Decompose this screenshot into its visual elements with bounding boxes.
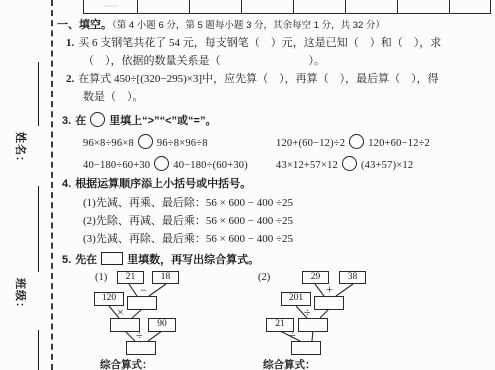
score-cell xyxy=(294,0,346,13)
diagram-1-operator: × xyxy=(117,306,124,318)
diagram-2-value-box: 29 xyxy=(302,271,329,284)
question-3-header: 3.在里填上“>”“<”或“=”。 xyxy=(62,112,216,128)
section-title: 填空。 xyxy=(79,19,112,31)
question-4-item: (2)先除、再减、最后乘：56 × 600 − 400 ÷25 xyxy=(83,215,293,228)
question-3-title-suffix: 里填上“>”“<”或“=”。 xyxy=(109,115,216,127)
compare-right-expr: (43+57)×12 xyxy=(361,160,413,171)
score-cell xyxy=(190,0,242,13)
compare-left-expr: 120+(60−12)÷2 xyxy=(276,138,345,149)
question-3-title-prefix: 在 xyxy=(75,115,86,127)
writing-line-top xyxy=(38,62,39,126)
question-5-header: 5.先在里填数，再写出综合算式。 xyxy=(62,252,259,267)
score-cell xyxy=(450,0,491,13)
score-table-strip: ⋯⋯ xyxy=(83,0,491,14)
section-header: 一、填空。（第 4 小题 6 分，第 5 题每小题 3 分，其余每空 1 分，共… xyxy=(57,19,385,32)
compare-right-expr: 120+60−12÷2 xyxy=(368,138,430,149)
question-2-line-2: 数是（ ）。 xyxy=(83,91,144,104)
question-1-line-2: （ ），依据的数量关系是（ ）。 xyxy=(83,55,325,68)
diagram-2-value-box: 38 xyxy=(339,271,366,284)
diagram-2-operator: ÷ xyxy=(289,329,296,341)
compare-right-expr: 96÷8×96÷8 xyxy=(157,138,208,149)
question-1-line-1: 1.买 6 支钢笔共花了 54 元，每支钢笔（ ）元，这是已知（ ）和（ ），求 xyxy=(66,37,441,50)
score-cell xyxy=(346,0,398,13)
question-3-number: 3. xyxy=(62,115,71,127)
compare-left-expr: 43×12+57×12 xyxy=(276,160,338,171)
diagram-2-label: (2) xyxy=(258,272,270,283)
writing-line-class xyxy=(38,330,39,370)
name-label: 姓名： xyxy=(13,130,29,170)
score-cell xyxy=(242,0,294,13)
diagram-2-result-box xyxy=(291,341,321,355)
diagram-1-value-box: 90 xyxy=(148,318,176,332)
compare-pair: 96×8÷96×896÷8×96÷8 xyxy=(83,134,208,150)
diagram-1-result-box xyxy=(126,341,156,355)
diagram-1-value-box: 18 xyxy=(152,271,179,284)
diagram-2-empty-box xyxy=(314,296,344,310)
diagram-2-caption: 综合算式： xyxy=(263,357,316,370)
writing-line-name xyxy=(38,186,39,272)
compare-left-expr: 96×8÷96×8 xyxy=(83,138,134,149)
diagram-1-operator: ÷ xyxy=(136,329,143,341)
compare-circle-icon xyxy=(90,112,105,127)
question-4-item-text: (1)先减、再乘、最后除：56 × 600 − 400 ÷25 xyxy=(83,197,293,209)
question-4-header: 4.根据运算顺序添上小括号或中括号。 xyxy=(62,178,251,191)
question-1-text-cont: （ ），依据的数量关系是（ ）。 xyxy=(83,55,325,67)
compare-circle-icon xyxy=(138,134,153,149)
compare-pair: 43×12+57×12(43+57)×12 xyxy=(276,156,413,172)
score-cell xyxy=(138,0,190,13)
question-4-number: 4. xyxy=(62,178,71,190)
question-1-number: 1. xyxy=(66,37,74,49)
question-5-number: 5. xyxy=(62,254,71,266)
question-1-text: 买 6 支钢笔共花了 54 元，每支钢笔（ ）元，这是已知（ ）和（ ），求 xyxy=(78,37,441,49)
compare-circle-icon xyxy=(154,156,169,171)
question-5-title-prefix: 先在 xyxy=(75,254,97,266)
question-4-title: 根据运算顺序添上小括号或中括号。 xyxy=(75,178,251,190)
diagram-1-empty-box xyxy=(127,296,157,310)
binding-dashed-line xyxy=(51,0,53,370)
class-label: 班级： xyxy=(13,276,29,316)
diagram-1-operator: − xyxy=(140,284,147,296)
question-4-item-text: (2)先除、再减、最后乘：56 × 600 − 400 ÷25 xyxy=(83,215,293,227)
diagram-1-caption: 综合算式： xyxy=(100,357,153,370)
diagram-1-label: (1) xyxy=(95,272,107,283)
question-4-item-text: (3)先减、再除、最后乘：56 × 600 − 400 ÷25 xyxy=(83,233,293,245)
question-2-number: 2. xyxy=(66,73,74,85)
compare-circle-icon xyxy=(349,134,364,149)
diagram-1-value-box: 120 xyxy=(94,292,124,306)
section-score-note: （第 4 小题 6 分，第 5 题每小题 3 分，其余每空 1 分，共 32 分… xyxy=(112,20,385,31)
diagram-2-operator: + xyxy=(326,283,333,295)
question-4-item: (1)先减、再乘、最后除：56 × 600 − 400 ÷25 xyxy=(83,197,293,210)
question-2-text-cont: 数是（ ）。 xyxy=(83,91,144,103)
compare-right-expr: 40−180÷(60+30) xyxy=(173,160,248,171)
compare-circle-icon xyxy=(342,156,357,171)
section-number: 一、 xyxy=(57,19,79,31)
exam-page: ⋯⋯ 姓名： 班级： 一、填空。（第 4 小题 6 分，第 5 题每小题 3 分… xyxy=(0,0,495,370)
fill-box-icon xyxy=(101,252,123,265)
diagram-2-operator: ÷ xyxy=(304,306,311,318)
compare-pair: 40−180÷60+3040−180÷(60+30) xyxy=(83,156,248,172)
question-2-text: 在算式 450÷[(320−295)×3]中，应先算（ ），再算（ ），最后算（… xyxy=(78,73,438,85)
diagram-2-empty-box xyxy=(298,318,328,332)
score-cell xyxy=(398,0,450,13)
score-cell: ⋯⋯ xyxy=(84,0,138,13)
question-2-line-1: 2.在算式 450÷[(320−295)×3]中，应先算（ ），再算（ ），最后… xyxy=(66,73,439,86)
compare-left-expr: 40−180÷60+30 xyxy=(83,160,150,171)
compare-pair: 120+(60−12)÷2120+60−12÷2 xyxy=(276,134,430,150)
question-4-item: (3)先减、再除、最后乘：56 × 600 − 400 ÷25 xyxy=(83,233,293,246)
diagram-2-value-box: 201 xyxy=(281,292,311,306)
question-5-title-suffix: 里填数，再写出综合算式。 xyxy=(127,254,259,266)
